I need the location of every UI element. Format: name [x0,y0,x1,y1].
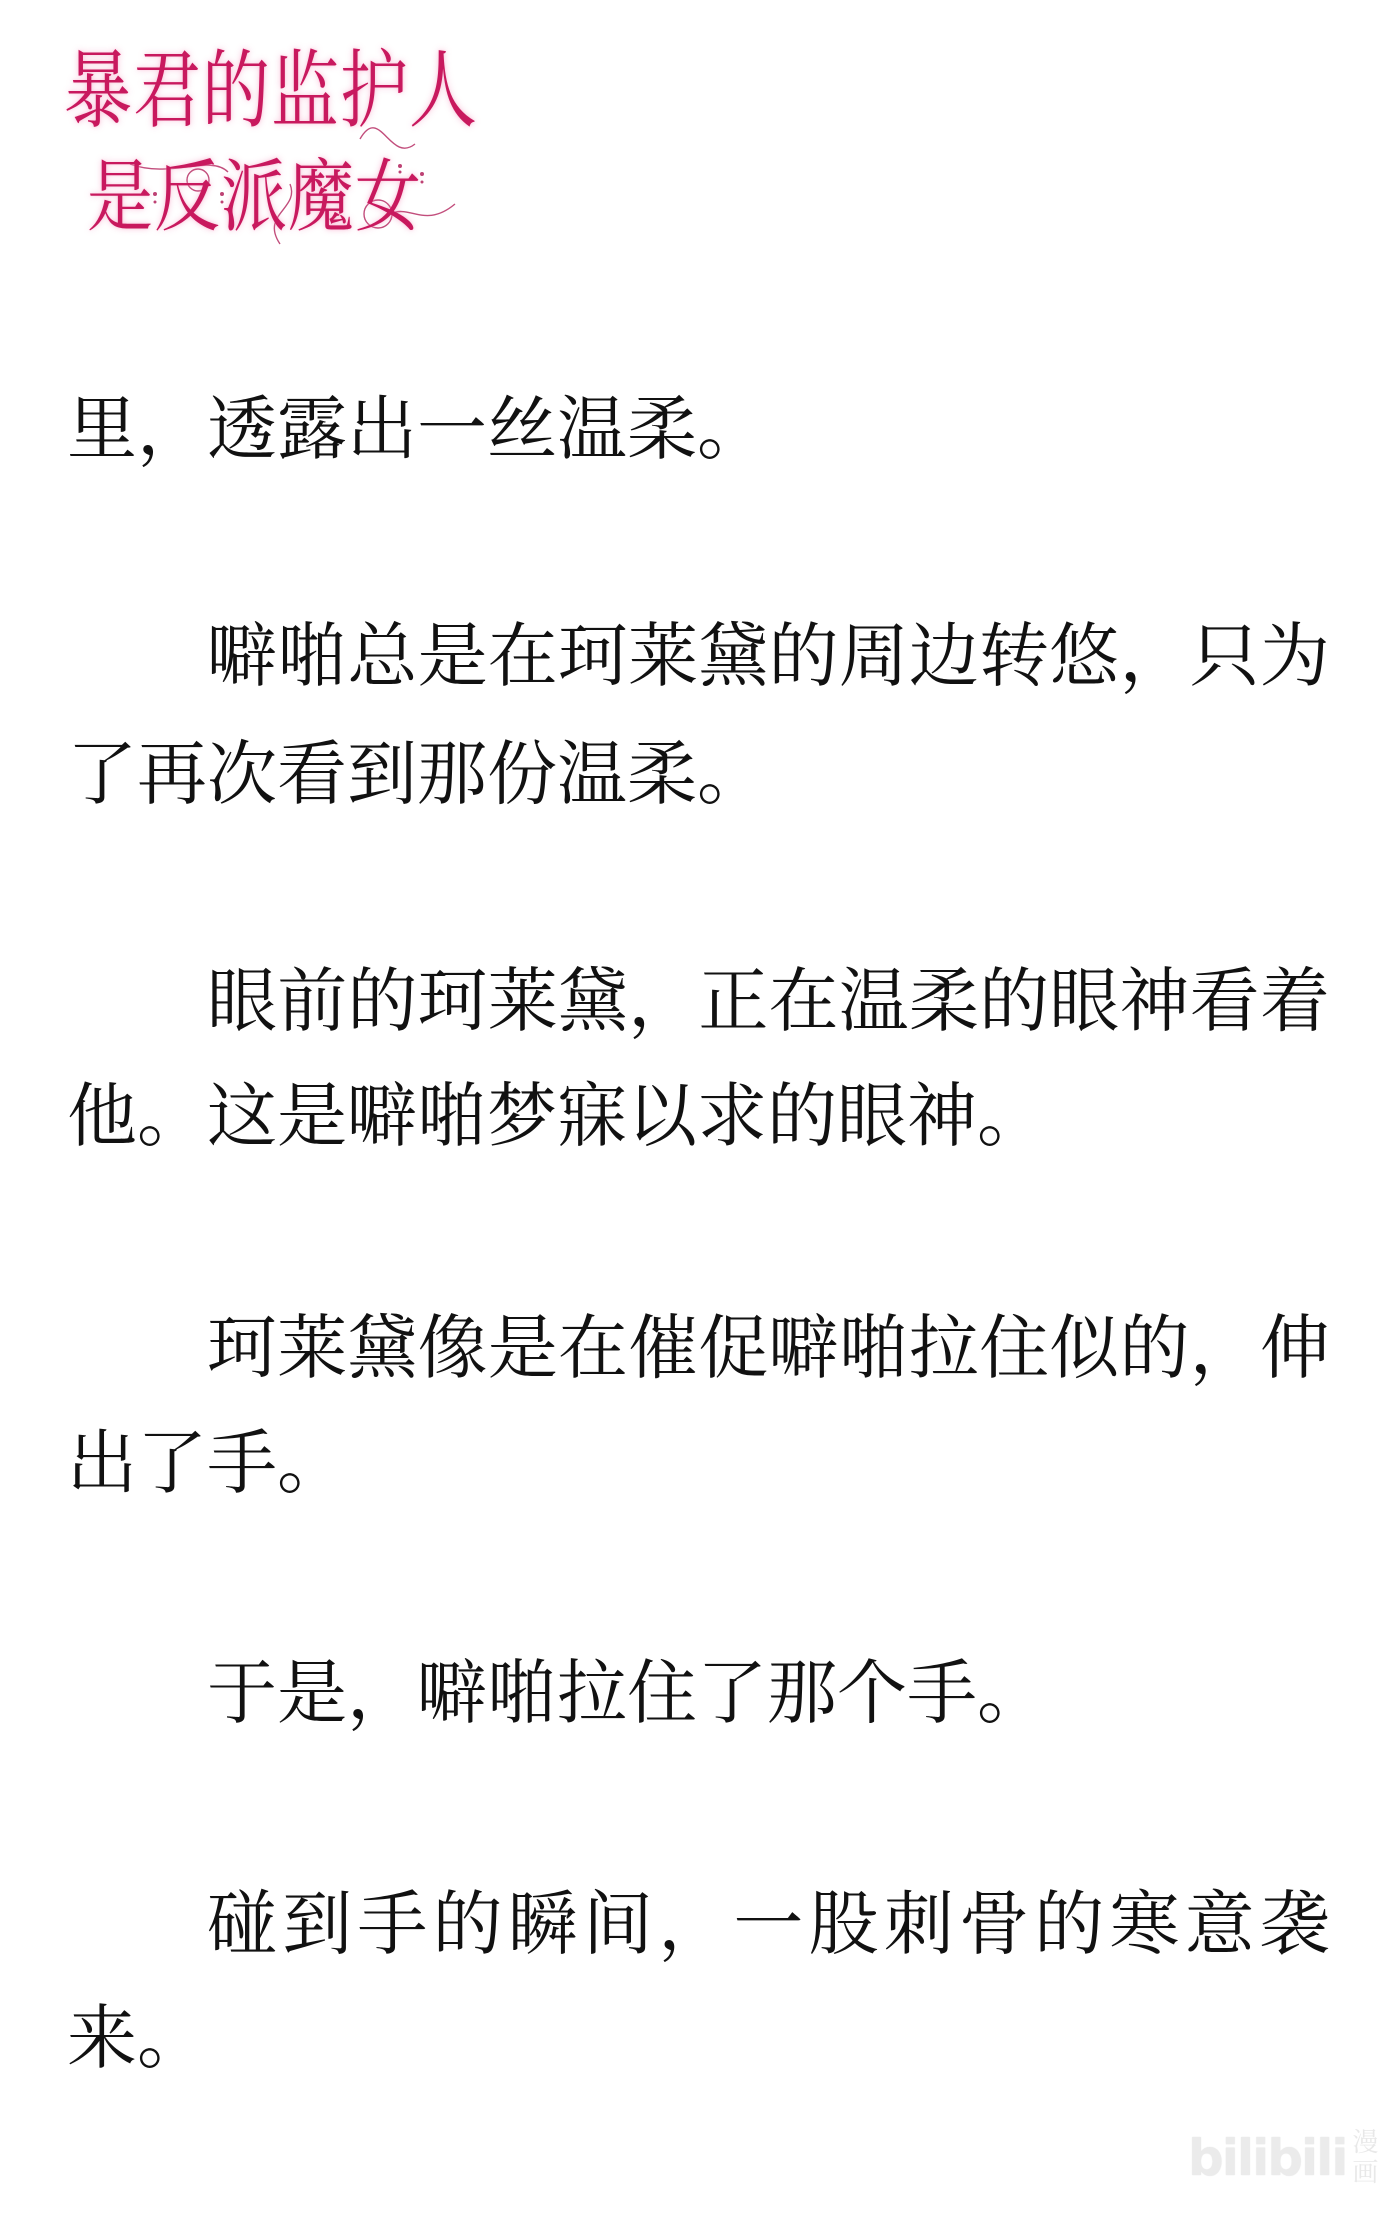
story-char: 的 [769,599,839,714]
story-char: 袭 [1260,1867,1330,1982]
story-char: 碰 [207,1867,277,1982]
story-char: 拉 [909,1291,979,1406]
story-char: 温 [839,944,909,1059]
bilibili-manhua-watermark: bilibili 漫 画 [1188,2122,1380,2194]
story-char: 手 [357,1867,427,1982]
story-line: 里，透露出一丝温柔。 [67,372,1330,487]
story-char: 珂 [418,944,488,1059]
story-char: 啪 [839,1291,909,1406]
story-char: 在 [558,1291,628,1406]
story-line: 噼啪总是在珂莱黛的周边转悠，只为 [207,599,1330,714]
story-char: 珂 [207,1291,277,1406]
story-char: 一 [733,1867,803,1982]
story-char: 的 [347,944,417,1059]
story-char: 黛 [347,1291,417,1406]
story-char: 前 [277,944,347,1059]
story-char: 悠 [1049,599,1119,714]
story-line: 眼前的珂莱黛，正在温柔的眼神看着 [207,944,1330,1059]
story-char: 的 [1034,1867,1104,1982]
story-char: 似 [1049,1291,1119,1406]
story-char: 是 [488,1291,558,1406]
story-char: 瞬 [508,1867,578,1982]
story-char: 边 [909,599,979,714]
story-line: 珂莱黛像是在催促噼啪拉住似的，伸 [207,1291,1330,1406]
story-char: 的 [433,1867,503,1982]
story-line: 碰到手的瞬间，一股刺骨的寒意袭 [207,1867,1330,1982]
story-char: 在 [488,599,558,714]
story-char: 啪 [277,599,347,714]
story-char: 的 [1119,1291,1189,1406]
story-char: 周 [839,599,909,714]
story-line: 他。这是噼啪梦寐以求的眼神。 [67,1059,1330,1174]
story-char: 意 [1185,1867,1255,1982]
story-char: 为 [1260,599,1330,714]
story-line: 于是，噼啪拉住了那个手。 [207,1636,1330,1751]
story-char: 催 [628,1291,698,1406]
story-char: ， [1190,1291,1260,1406]
story-char: 神 [1119,944,1189,1059]
story-text-block: 里，透露出一丝温柔。 噼啪总是在珂莱黛的周边转悠，只为 了再次看到那份温柔。 眼… [67,0,1330,2214]
story-char: 柔 [909,944,979,1059]
story-char: 眼 [1049,944,1119,1059]
story-char: 正 [698,944,768,1059]
story-char: 黛 [698,599,768,714]
story-char: 伸 [1260,1291,1330,1406]
story-line: 来。 [67,1981,1330,2096]
story-char: 住 [979,1291,1049,1406]
bilibili-logo-text: bilibili [1188,2133,1346,2183]
story-char: 黛 [558,944,628,1059]
story-char: ， [658,1867,728,1982]
story-char: 莱 [628,599,698,714]
story-char: 只 [1190,599,1260,714]
story-char: 莱 [488,944,558,1059]
story-line: 出了手。 [67,1406,1330,1521]
story-char: 在 [769,944,839,1059]
story-char: 骨 [959,1867,1029,1982]
story-char: 看 [1190,944,1260,1059]
story-char: 着 [1260,944,1330,1059]
story-char: 噼 [769,1291,839,1406]
story-char: ， [628,944,698,1059]
story-char: 刺 [884,1867,954,1982]
story-char: 到 [282,1867,352,1982]
story-char: 促 [698,1291,768,1406]
story-char: 噼 [207,599,277,714]
story-char: 总 [347,599,417,714]
story-char: 眼 [207,944,277,1059]
manhua-label: 漫 画 [1352,2128,1378,2188]
story-char: ， [1119,599,1189,714]
story-char: 像 [418,1291,488,1406]
story-char: 的 [979,944,1049,1059]
story-char: 莱 [277,1291,347,1406]
story-char: 间 [583,1867,653,1982]
manhua-label-top: 漫 [1352,2128,1378,2158]
story-char: 转 [979,599,1049,714]
story-char: 寒 [1109,1867,1179,1982]
story-char: 股 [809,1867,879,1982]
story-char: 珂 [558,599,628,714]
story-char: 是 [418,599,488,714]
story-line: 了再次看到那份温柔。 [67,717,1330,832]
manhua-label-bottom: 画 [1352,2158,1378,2188]
